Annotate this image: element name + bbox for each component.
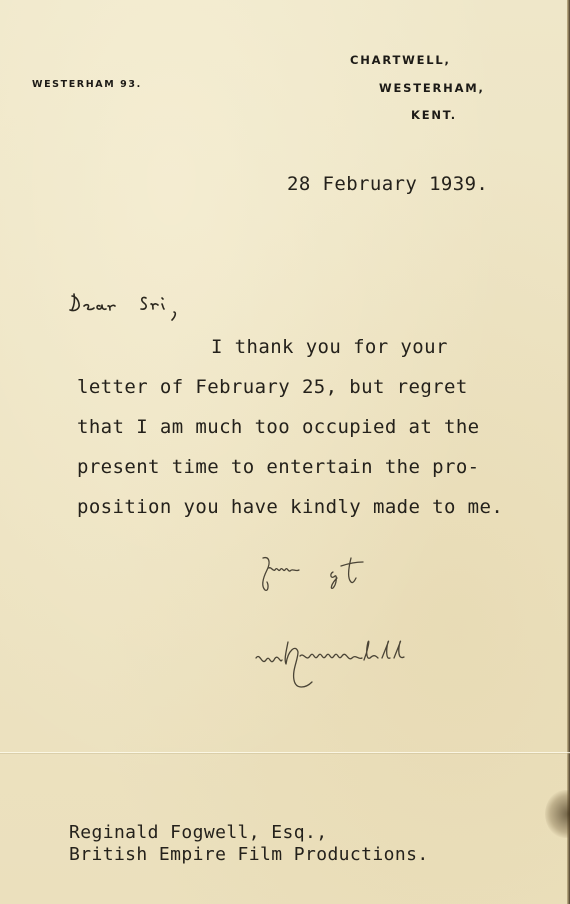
recipient-name: Reginald Fogwell, Esq., [69, 822, 327, 844]
body-line-1: I thank you for your [211, 336, 448, 358]
fold-line [0, 752, 570, 753]
letter-page: WESTERHAM 93. CHARTWELL, WESTERHAM, KENT… [0, 0, 570, 904]
body-line-2: letter of February 25, but regret [77, 376, 468, 398]
body-line-3: that I am much too occupied at the [77, 416, 480, 438]
salutation-handwriting: Dear Sir, [66, 284, 216, 330]
stain-mark [545, 790, 570, 838]
signature-handwriting: W S Churchill [252, 630, 452, 700]
closing-handwriting: Yours vt [255, 552, 415, 602]
letterhead-address-line-1: CHARTWELL, [350, 53, 451, 67]
recipient-company: British Empire Film Productions. [69, 844, 429, 866]
letterhead-address-line-2: WESTERHAM, [379, 81, 485, 95]
letterhead-telephone: WESTERHAM 93. [32, 79, 142, 90]
body-line-5: position you have kindly made to me. [77, 496, 503, 518]
letter-date: 28 February 1939. [287, 173, 488, 195]
letterhead-address-line-3: KENT. [411, 108, 457, 122]
body-line-4: present time to entertain the pro- [77, 456, 480, 478]
